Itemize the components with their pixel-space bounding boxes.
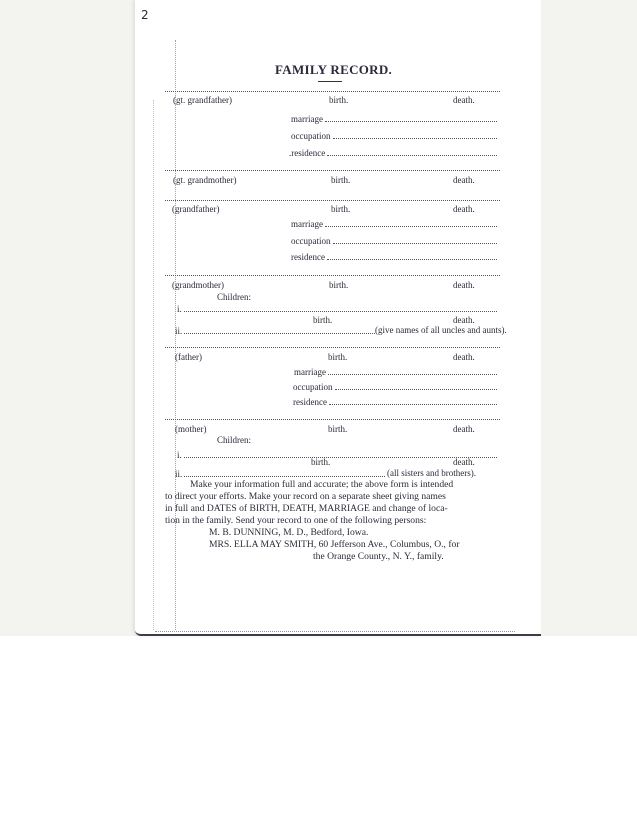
marriage-field[interactable]: marriage (291, 218, 497, 229)
death-label: death. (453, 352, 475, 362)
page-title: FAMILY RECORD. (275, 62, 392, 78)
birth-label: birth. (329, 95, 348, 105)
contact-smith-cont: the Orange County., N. Y., family. (313, 551, 444, 564)
title-underline (318, 81, 342, 82)
name-line (165, 275, 500, 276)
death-label: death. (453, 95, 475, 105)
birth-label: birth. (328, 352, 347, 362)
child-ii-field[interactable]: ii. (175, 468, 385, 479)
document-page: 2 FAMILY RECORD. (gt. grandfather) birth… (135, 0, 541, 636)
child-i-field[interactable]: i. (177, 303, 497, 314)
children-label: Children: (217, 292, 251, 302)
birth-label: birth. (331, 204, 350, 214)
instructions-line: tion in the family. Send your record to … (165, 515, 426, 528)
child-ii-field[interactable]: ii. (175, 325, 375, 336)
father-label: (father) (175, 352, 202, 362)
birth-label: birth. (329, 280, 348, 290)
contact-smith: MRS. ELLA MAY SMITH, 60 Jefferson Ave., … (209, 539, 460, 552)
occupation-field[interactable]: occupation (293, 381, 497, 392)
instructions-line: in full and DATES of BIRTH, DEATH, MARRI… (165, 503, 448, 516)
name-line (165, 419, 500, 420)
occupation-field[interactable]: occupation (291, 235, 497, 246)
mother-label: (mother) (175, 424, 207, 434)
instructions-line: Make your information full and accurate;… (190, 479, 453, 492)
uncles-aunts-note: (give names of all uncles and aunts). (375, 325, 507, 335)
birth-label: birth. (311, 457, 330, 467)
residence-field[interactable]: residence (291, 251, 497, 262)
death-label: death. (453, 280, 475, 290)
grandmother-label: (grandmother) (172, 280, 224, 290)
contact-dunning: M. B. DUNNING, M. D., Bedford, Iowa. (209, 527, 368, 540)
occupation-field[interactable]: occupation (291, 130, 497, 141)
marriage-field[interactable]: marriage (291, 113, 497, 124)
marriage-field[interactable]: marriage (294, 366, 497, 377)
page-number: 2 (141, 8, 149, 22)
sisters-brothers-note: (all sisters and brothers). (387, 468, 476, 478)
residence-field[interactable]: residence (293, 396, 497, 407)
death-label: death. (453, 424, 475, 434)
birth-label: birth. (331, 175, 350, 185)
gt-grandmother-label: (gt. grandmother) (173, 175, 236, 185)
name-line (165, 347, 500, 348)
death-label: death. (453, 175, 475, 185)
children-label: Children: (217, 435, 251, 445)
instructions-line: to direct your efforts. Make your record… (165, 491, 446, 504)
scan-artifacts (155, 625, 515, 632)
death-label: death. (453, 315, 475, 325)
binding-margin-marks (153, 100, 155, 630)
grandfather-label: (grandfather) (172, 204, 219, 214)
child-i-field[interactable]: i. (177, 449, 497, 460)
birth-label: birth. (313, 315, 332, 325)
name-line (165, 200, 500, 201)
name-line (165, 91, 500, 92)
death-label: death. (453, 204, 475, 214)
gt-grandfather-label: (gt. grandfather) (173, 95, 232, 105)
death-label: death. (453, 457, 475, 467)
residence-field[interactable]: .residence (289, 147, 497, 158)
name-line (165, 170, 500, 171)
birth-label: birth. (328, 424, 347, 434)
